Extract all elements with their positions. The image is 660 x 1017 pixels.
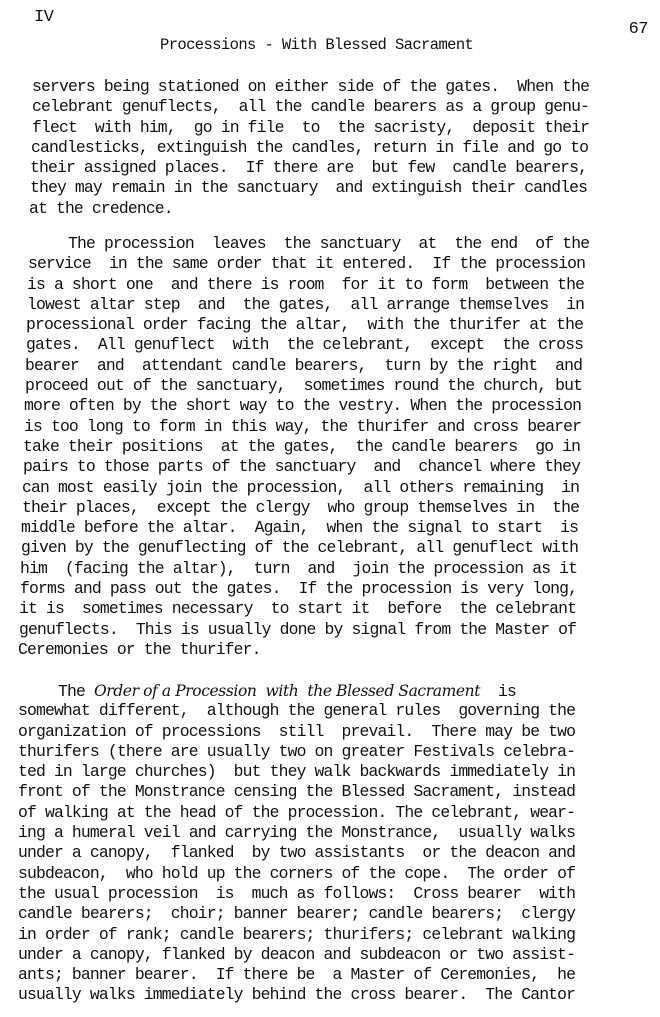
page-number: 67 <box>629 20 648 40</box>
text-segment: take their positions at the gates, the c… <box>23 437 580 456</box>
text-segment: at the credence. <box>29 199 173 218</box>
text-segment: service in the same order that it entere… <box>28 254 585 273</box>
text-segment: usually walks immediately behind the cro… <box>18 985 575 1004</box>
text-line: their places, except the clergy who grou… <box>0 498 660 518</box>
text-line: ing a humeral veil and carrying the Mons… <box>0 823 660 843</box>
text-segment: of walking at the head of the procession… <box>18 803 575 822</box>
text-line: organization of processions still prevai… <box>0 722 660 742</box>
text-line: more often by the short way to the vestr… <box>0 396 660 416</box>
text-segment: organization of processions still prevai… <box>18 722 575 741</box>
text-segment: more often by the short way to the vestr… <box>24 396 581 415</box>
text-line: flect with him, go in file to the sacris… <box>0 118 660 138</box>
text-segment: in order of rank; candle bearers; thurif… <box>18 925 575 944</box>
text-line: is a short one and there is room for it … <box>0 275 660 295</box>
text-segment: subdeacon, who hold up the corners of th… <box>18 864 575 883</box>
text-segment: is <box>480 682 516 701</box>
text-segment: bearer and attendant candle bearers, tur… <box>25 356 582 375</box>
text-line: ants; banner bearer. If there be a Maste… <box>0 965 660 985</box>
text-line: forms and pass out the gates. If the pro… <box>0 579 660 599</box>
text-line: in order of rank; candle bearers; thurif… <box>0 925 660 945</box>
text-line: service in the same order that it entere… <box>0 254 660 274</box>
text-segment: servers being stationed on either side o… <box>32 77 589 96</box>
text-line: take their positions at the gates, the c… <box>0 437 660 457</box>
text-line: under a canopy, flanked by deacon and su… <box>0 945 660 965</box>
text-segment: The <box>58 682 94 701</box>
text-segment: it is sometimes necessary to start it be… <box>19 599 576 618</box>
italic-title: Order of a Procession with the Blessed S… <box>94 682 480 700</box>
text-segment: front of the Monstrance censing the Bles… <box>18 782 575 801</box>
text-line: somewhat different, although the general… <box>0 701 660 721</box>
text-line: subdeacon, who hold up the corners of th… <box>0 864 660 884</box>
text-segment: is a short one and there is room for it … <box>27 275 584 294</box>
text-segment: gates. All genuflect with the celebrant,… <box>26 335 583 354</box>
text-line: is too long to form in this way, the thu… <box>0 417 660 437</box>
running-title: Processions - With Blessed Sacrament <box>160 35 473 55</box>
text-line: proceed out of the sanctuary, sometimes … <box>0 376 660 396</box>
text-line: genuflects. This is usually done by sign… <box>0 620 660 640</box>
paragraph-procession-leaves: The procession leaves the sanctuary at t… <box>0 234 660 660</box>
text-segment: celebrant genuflects, all the candle bea… <box>32 97 589 116</box>
text-segment: Ceremonies or the thurifer. <box>18 640 261 659</box>
text-line: middle before the altar. Again, when the… <box>0 518 660 538</box>
text-line: under a canopy, flanked by two assistant… <box>0 843 660 863</box>
text-segment: candle bearers; choir; banner bearer; ca… <box>18 904 575 923</box>
text-segment: him (facing the altar), turn and join th… <box>20 559 577 578</box>
text-line: lowest altar step and the gates, all arr… <box>0 295 660 315</box>
text-line: celebrant genuflects, all the candle bea… <box>0 97 660 117</box>
text-line: the usual procession is much as follows:… <box>0 884 660 904</box>
text-line: ted in large churches) but they walk bac… <box>0 762 660 782</box>
text-segment: lowest altar step and the gates, all arr… <box>27 295 584 314</box>
text-segment: their assigned places. If there are but … <box>30 158 587 177</box>
text-line: servers being stationed on either side o… <box>0 77 660 97</box>
text-segment: forms and pass out the gates. If the pro… <box>20 579 577 598</box>
text-line: at the credence. <box>0 199 660 219</box>
text-line: pairs to those parts of the sanctuary an… <box>0 457 660 477</box>
text-segment: The procession leaves the sanctuary at t… <box>68 234 589 253</box>
text-line: Ceremonies or the thurifer. <box>0 640 660 660</box>
text-line: bearer and attendant candle bearers, tur… <box>0 356 660 376</box>
text-segment: genuflects. This is usually done by sign… <box>19 620 576 639</box>
text-segment: under a canopy, flanked by deacon and su… <box>18 945 575 964</box>
text-segment: middle before the altar. Again, when the… <box>21 518 578 537</box>
text-segment: candlesticks, extinguish the candles, re… <box>31 138 588 157</box>
text-line: processional order facing the altar, wit… <box>0 315 660 335</box>
text-segment: somewhat different, although the general… <box>18 701 575 720</box>
text-line: candle bearers; choir; banner bearer; ca… <box>0 904 660 924</box>
text-line: candlesticks, extinguish the candles, re… <box>0 138 660 158</box>
text-line: they may remain in the sanctuary and ext… <box>0 178 660 198</box>
chapter-number: IV <box>34 8 53 28</box>
text-line: can most easily join the procession, all… <box>0 478 660 498</box>
text-segment: ing a humeral veil and carrying the Mons… <box>18 823 575 842</box>
text-segment: under a canopy, flanked by two assistant… <box>18 843 575 862</box>
text-segment: thurifers (there are usually two on grea… <box>18 742 575 761</box>
text-line: of walking at the head of the procession… <box>0 803 660 823</box>
paragraph-order-of-procession: The Order of a Procession with the Bless… <box>0 681 660 1006</box>
text-line: given by the genuflecting of the celebra… <box>0 538 660 558</box>
text-segment: proceed out of the sanctuary, sometimes … <box>25 376 582 395</box>
text-segment: given by the genuflecting of the celebra… <box>21 538 578 557</box>
text-line: him (facing the altar), turn and join th… <box>0 559 660 579</box>
text-line: usually walks immediately behind the cro… <box>0 985 660 1005</box>
text-segment: can most easily join the procession, all… <box>22 478 579 497</box>
text-line: it is sometimes necessary to start it be… <box>0 599 660 619</box>
text-line: their assigned places. If there are but … <box>0 158 660 178</box>
text-line: front of the Monstrance censing the Bles… <box>0 782 660 802</box>
text-segment: ted in large churches) but they walk bac… <box>18 762 575 781</box>
text-segment: pairs to those parts of the sanctuary an… <box>23 457 580 476</box>
document-page: IV 67 Processions - With Blessed Sacrame… <box>0 0 660 1017</box>
text-segment: processional order facing the altar, wit… <box>26 315 583 334</box>
text-segment: their places, except the clergy who grou… <box>22 498 579 517</box>
text-line: thurifers (there are usually two on grea… <box>0 742 660 762</box>
text-segment: they may remain in the sanctuary and ext… <box>30 178 587 197</box>
text-segment: flect with him, go in file to the sacris… <box>32 118 589 137</box>
text-line: gates. All genuflect with the celebrant,… <box>0 335 660 355</box>
paragraph-candle-bearers: servers being stationed on either side o… <box>0 77 660 219</box>
text-segment: ants; banner bearer. If there be a Maste… <box>18 965 575 984</box>
text-line: The Order of a Procession with the Bless… <box>0 681 660 701</box>
text-line: The procession leaves the sanctuary at t… <box>0 234 660 254</box>
text-segment: the usual procession is much as follows:… <box>18 884 575 903</box>
text-segment: is too long to form in this way, the thu… <box>24 417 581 436</box>
